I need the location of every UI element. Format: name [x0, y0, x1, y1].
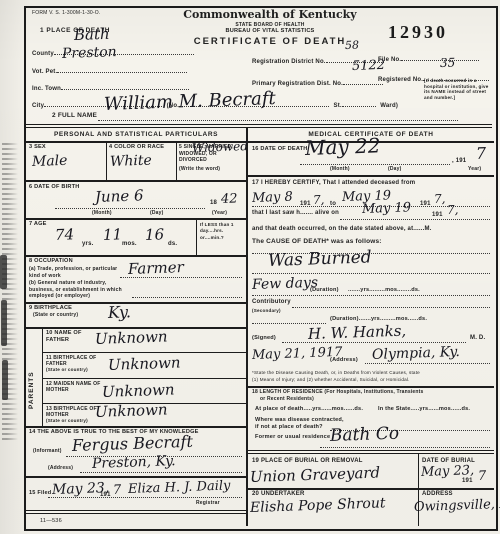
- dob-year-prefix: 18: [210, 200, 217, 207]
- form-footer-code: 11—536: [40, 518, 62, 525]
- dob-label: 6 DATE OF BIRTH: [29, 184, 79, 191]
- dotted-line: [48, 496, 242, 498]
- dotted-line: [120, 276, 242, 278]
- certify-line-3: and that death occurred, on the date sta…: [252, 226, 492, 233]
- last-year-value: 7,: [447, 204, 459, 216]
- informant-label: (Informant): [33, 448, 62, 454]
- inc-town-label: Inc. Town: [32, 86, 61, 92]
- dotted-line: [320, 446, 490, 448]
- registration-district-value: 58: [345, 40, 359, 51]
- father-birthplace-hint: (State or country): [46, 367, 88, 373]
- age-days-unit: ds.: [168, 241, 177, 248]
- certificate-number: 12930: [388, 22, 448, 43]
- residence-label-2: or Recent Residents): [260, 396, 314, 402]
- personal-section-title: PERSONAL AND STATISTICAL PARTICULARS: [26, 131, 246, 139]
- registrar-signature: Eliza H. J. Daily: [128, 479, 231, 496]
- registered-no-value: 35: [440, 56, 456, 69]
- dob-hint-month: (Month): [92, 210, 112, 216]
- registration-district-label: Registration District No.: [252, 59, 326, 65]
- race-value: White: [110, 154, 152, 169]
- dotted-line: [252, 272, 490, 274]
- rule: [42, 327, 43, 426]
- dod-hint-month: (Month): [330, 166, 350, 172]
- cause-footnote-2: (1) Means of Injury; and (2) whether Acc…: [252, 377, 492, 383]
- street-ward-label: Ward): [380, 103, 398, 109]
- duration-units: .......yrs.........mos........ds.: [348, 287, 420, 294]
- left-bottom-divider: [26, 510, 246, 514]
- dotted-line: [61, 82, 189, 90]
- occupation-value: Farmer: [128, 260, 184, 277]
- last-seen-date: May 19: [362, 201, 412, 216]
- cause-footnote-1: *State the Disease Causing Death, or, in…: [252, 370, 492, 376]
- dotted-line: [300, 163, 450, 165]
- occupation-line-b: (b) General nature of industry, business…: [29, 280, 129, 300]
- undertaker-address-value: Owingsville, Ky.: [414, 497, 500, 514]
- attended-from-date: May 8: [252, 191, 293, 205]
- rule: [26, 476, 246, 478]
- mother-name-value: Unknown: [102, 382, 175, 400]
- contributory-hint: (Secondary): [252, 308, 281, 314]
- column-divider: [246, 128, 248, 526]
- age-days-value: 16: [145, 227, 165, 243]
- file-no-row: File No.: [378, 48, 479, 66]
- burial-year-value: 7: [478, 470, 487, 483]
- dob-value: June 6: [95, 188, 144, 205]
- commonwealth-title: Commonwealth of Kentucky: [160, 8, 380, 21]
- parents-group-label: PARENTS: [28, 345, 36, 409]
- dotted-line: [365, 362, 490, 364]
- precinct-value: Preston: [62, 45, 117, 61]
- undertaker-label: 20 UNDERTAKER: [252, 491, 305, 498]
- rule: [248, 175, 494, 177]
- certify-line-1: 17 I HEREBY CERTIFY, That I attended dec…: [252, 180, 492, 187]
- former-residence-value: Bath Co: [330, 426, 400, 445]
- contracted-line-1: Where was disease contracted,: [255, 417, 344, 424]
- rule: [26, 180, 246, 182]
- scan-smudge: [1, 300, 7, 346]
- county-value: Bath: [74, 27, 110, 43]
- death-certificate-scan: FORM V. S. 1-300M-1-30-O. Commonwealth o…: [0, 0, 500, 534]
- dob-hint-day: (Day): [150, 210, 164, 216]
- mother-birthplace-hint: (State or country): [46, 418, 88, 424]
- physician-md-suffix: M. D.: [470, 335, 485, 342]
- street-st-label: St.: [334, 103, 342, 109]
- precinct-label: Vot. Pet.: [32, 69, 57, 75]
- dod-year-prefix: , 191: [452, 158, 466, 165]
- burial-place-value: Union Graveyard: [250, 465, 381, 485]
- undertaker-address-label: ADDRESS: [422, 491, 453, 498]
- age-years-value: 74: [55, 227, 75, 243]
- marital-value: Widowed: [192, 140, 248, 154]
- dotted-line: [292, 306, 490, 308]
- burial-date-value: May 23,: [421, 464, 475, 479]
- dod-hint-year: Year): [468, 166, 481, 172]
- dotted-line: [132, 296, 242, 298]
- mother-birthplace-value: Unknown: [95, 402, 168, 420]
- rule: [106, 141, 107, 180]
- birthplace-label: 9 BIRTHPLACE: [29, 305, 72, 312]
- residence-bottom-divider: [248, 450, 494, 454]
- age-months-unit: mos.: [122, 241, 137, 248]
- birthplace-value: Ky.: [108, 304, 131, 321]
- cause-of-death-value: Was Burned: [268, 249, 372, 270]
- cause-duration-value: Few days: [252, 276, 319, 292]
- rule: [248, 386, 494, 388]
- sex-label: 3 SEX: [29, 144, 46, 151]
- residence-label: 18 LENGTH OF RESIDENCE (For Hospitals, I…: [252, 389, 492, 395]
- mother-name-label: 12 MAIDEN NAME OF MOTHER: [46, 381, 110, 394]
- bureau-subtitle: BUREAU OF VITAL STATISTICS: [160, 28, 380, 35]
- filed-year-value: 7: [113, 484, 122, 497]
- signature-date: May 21, 1917: [252, 346, 343, 362]
- rule: [26, 255, 246, 257]
- former-residence-label: Former or usual residence: [255, 434, 330, 441]
- residence-in-state: In the State.....yrs......mos......ds.: [378, 406, 470, 413]
- informant-address-value: Preston, Ky.: [92, 454, 176, 471]
- dob-hint-year: (Year): [212, 210, 227, 216]
- contributory-label: Contributory: [252, 299, 291, 306]
- rule: [42, 378, 246, 379]
- occupation-line-a: (a) Trade, profession, or particular kin…: [29, 266, 121, 279]
- scan-smudge: [0, 255, 7, 289]
- certify-line-2: that I last saw h....... alive on: [252, 210, 339, 217]
- signature-address-value: Olympia, Ky.: [372, 345, 460, 362]
- signature-address-label: (Address): [330, 357, 358, 364]
- date-of-death-value: May 22: [305, 135, 381, 158]
- residence-at-place: At place of death.....yrs......mos......…: [255, 406, 363, 413]
- rule: [26, 426, 246, 428]
- father-birthplace-label: 11 BIRTHPLACE OF FATHER: [46, 355, 110, 368]
- physician-signature: H. W. Hanks,: [308, 324, 407, 342]
- precinct-row: Vot. Pet.: [32, 60, 187, 78]
- to-year-value: 7,: [434, 193, 446, 205]
- birthplace-hint: (State or country): [33, 312, 78, 318]
- registrar-label: Registrar: [196, 500, 220, 506]
- contracted-line-2: if not at place of death?: [255, 424, 323, 431]
- dotted-line: [342, 99, 376, 107]
- age-label: 7 AGE: [29, 221, 47, 228]
- form-number: FORM V. S. 1-300M-1-30-O.: [32, 10, 100, 16]
- dob-year-value: 42: [221, 192, 238, 206]
- hospital-note: [If death occurred in a hospital or inst…: [424, 78, 490, 101]
- county-label: County: [32, 51, 54, 57]
- rule: [26, 302, 246, 304]
- age-less-note: If LESS than 1 day....hrs. or....min.?: [200, 222, 244, 241]
- dotted-line: [340, 218, 490, 220]
- dod-hint-day: (Day): [388, 166, 402, 172]
- registered-no-label: Registered No.: [378, 77, 423, 83]
- dotted-line: [57, 65, 187, 73]
- rule: [26, 218, 246, 220]
- full-name-label: 2 FULL NAME: [52, 112, 97, 120]
- date-of-death-label: 16 DATE OF DEATH: [252, 146, 308, 153]
- informant-value: Fergus Becraft: [72, 434, 193, 454]
- burial-year-prefix: 191: [462, 478, 473, 485]
- dotted-line: [98, 119, 458, 121]
- race-label: 4 COLOR OR RACE: [109, 144, 173, 151]
- signed-label: (Signed): [252, 335, 276, 342]
- age-years-unit: yrs.: [82, 241, 93, 248]
- age-months-value: 11: [103, 227, 123, 243]
- city-label: City: [32, 103, 44, 109]
- rule: [176, 141, 177, 180]
- rule: [418, 454, 419, 526]
- marital-hint: (Write the word): [179, 166, 220, 172]
- rule: [248, 488, 494, 490]
- cause-of-death-label: The CAUSE OF DEATH* was as follows:: [252, 238, 382, 246]
- dod-year-value: 7: [476, 146, 487, 162]
- primary-district-label: Primary Registration Dist. No.: [252, 81, 343, 87]
- father-name-value: Unknown: [95, 329, 168, 347]
- sex-value: Male: [32, 154, 68, 169]
- dotted-line: [252, 294, 490, 296]
- rule: [42, 352, 246, 353]
- duration-label: (Duration): [310, 287, 339, 294]
- dotted-line: [252, 322, 326, 324]
- occupation-label: 8 OCCUPATION: [29, 258, 73, 265]
- scan-smudge: [2, 360, 8, 400]
- section-divider: [26, 124, 492, 128]
- informant-address-label: (Address): [48, 465, 73, 471]
- dotted-line: [282, 341, 466, 343]
- rule: [196, 218, 197, 255]
- father-birthplace-value: Unknown: [108, 355, 181, 373]
- dotted-line: [55, 207, 205, 209]
